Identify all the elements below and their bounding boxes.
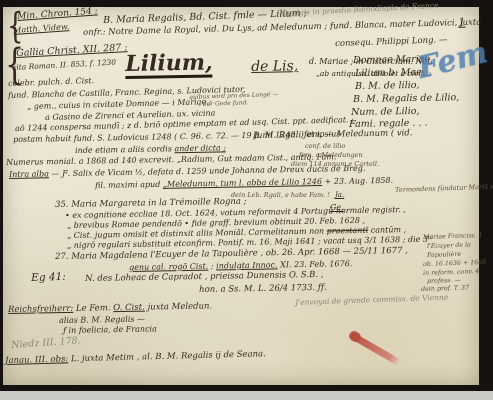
interline-note-2: i der Gede fund. [199, 100, 249, 108]
citation-source-2-sub: cita Roman. II. 853, f. 1230 [12, 59, 116, 72]
pencil-bottom-note: J'envoyai de grande commiss. de Vienne [295, 294, 448, 307]
name-list-item: B. M. Regalis de Lilio, [353, 93, 459, 104]
citation-source-1: Min. Chron. 154 : [17, 7, 98, 22]
title-de-lis: de Lis, [251, 59, 298, 74]
lower-source-line-3: ƒ in foelicia, de Francia [63, 325, 157, 335]
margin-note-line: ob. 16.1636 + 1668 [423, 260, 486, 268]
line-part: XI. 23. Feb. 1676. [278, 259, 353, 269]
right-margin-note-small: Termondens fündatur Mariā e Gen. [395, 183, 493, 194]
line-part: Le Fem. [73, 303, 113, 314]
intra-alba-line-2: fil. maximi apud „Meledunum, tum l. abba… [95, 177, 393, 190]
bottom-ink-line: Janau. III. obs: L. juxta Metim , al. B.… [5, 350, 266, 365]
meledunum-sub-1: conf. de lilio [305, 143, 345, 150]
pencil-reference: Niedz III. 178. [11, 336, 81, 350]
name-list-item: Lilium b. Mae, [355, 68, 425, 79]
red-crayon-mark-head [347, 329, 362, 344]
title-lilium: Lilium, [125, 51, 213, 79]
line-part: fil. maximi apud [95, 180, 163, 190]
margin-note-line: Mariae Francisc. I [423, 233, 482, 241]
citation-source-1-sub: Matth. Videw. [13, 23, 70, 35]
name-list-item: B. M. de lilio, [355, 81, 420, 92]
line-part: ; [208, 261, 216, 270]
eg41-label: Eg 41: [31, 272, 66, 284]
name-list-item: Num. de Lilio, [351, 107, 420, 118]
margin-note-line: l'Ecuyer de la [427, 242, 471, 250]
header-line-3: consequ. Philippi Long. — [335, 36, 448, 48]
line-underlined: Reichsfreiherr: [8, 304, 73, 315]
eg41-line-2: hon. a Ss. M. L. 26/4 1733. ƒf. [199, 284, 327, 295]
line-underlined: genu cal. rogō Cist. [129, 262, 208, 272]
red-crayon-mark [350, 332, 402, 366]
body-line: postam habuit fund. S. Ludovicus 1248 ( … [13, 130, 341, 144]
line-underlined: indulgta Innoc. [216, 260, 278, 270]
intra-ja-mark: Ja. [335, 192, 344, 199]
line-underlined: „Meledunum, tum l. abba de Lilio 1246 [163, 177, 322, 189]
celebr-note: celebr. pulch. d. Cist. [8, 77, 94, 88]
paper-sheet: { Min. Chron. 154 : Matth. Videw. Quelgi… [3, 7, 479, 385]
margin-note-line: in reform. conv. 4 [423, 269, 479, 277]
eg41-line-1: N. des Loheac de Capradot , prieissa Dun… [85, 271, 323, 284]
citation-source-2: Gallia Christ. XII. 287 : [16, 43, 128, 58]
line-underlined: O. Cist. [113, 303, 145, 314]
line-part: + 23. Aug. 1858. [322, 176, 393, 186]
lower-source-line-2: alias B. M. Regalis — [59, 315, 145, 324]
scanned-manuscript-page: { "page": { "number": "1" }, "marks": { … [0, 0, 493, 400]
intra-alba-label: Intra alba [9, 169, 49, 179]
line-part: juxta Meledun. [145, 301, 213, 312]
line-part: L. juxta Metim , al. B. M. Regalis ij de… [68, 349, 266, 364]
line-part: cantūm , [368, 225, 406, 235]
body-line-part: inde etiam a aliis cordis [75, 144, 175, 155]
body-line: inde etiam a aliis cordis ander dicta ; [75, 144, 226, 155]
body-line-underlined: ander dicta ; [174, 143, 226, 153]
struck-word: praestantī [327, 226, 369, 236]
line-underlined: Janau. III. obs: [5, 354, 68, 366]
scanner-bed-strip [0, 391, 493, 400]
margin-note-line: Papoulière [427, 252, 461, 259]
lower-source-line: Reichsfreiherr: Le Fem. O. Cist. juxta M… [8, 302, 212, 314]
